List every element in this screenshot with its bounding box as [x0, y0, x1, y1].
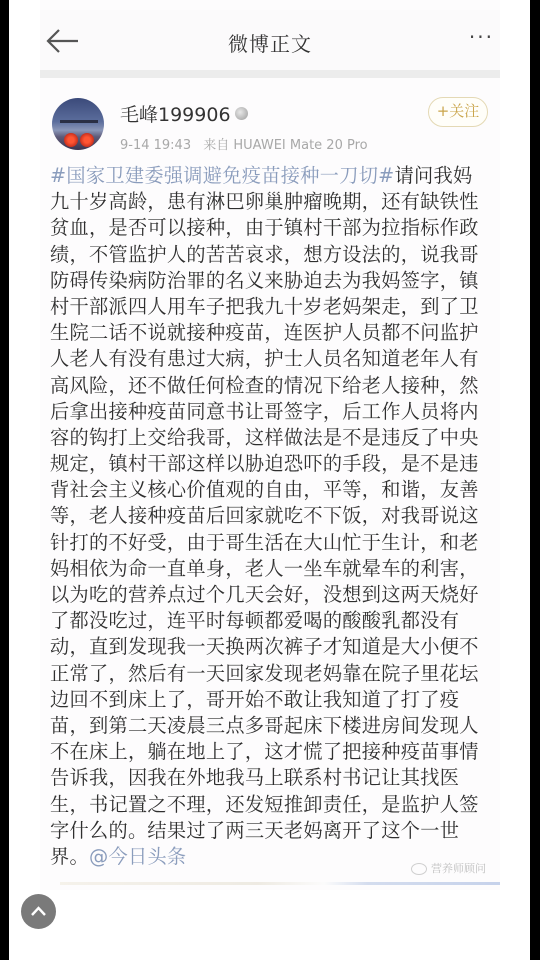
top-navigation-bar: 微博正文 ··· [40, 10, 500, 70]
post-line: 了都没吃过，连平时每顿都爱喝的酸酸乳都没有 [50, 608, 496, 634]
post-line: 防碍传染病防治罪的名义来胁迫去为我妈签字，镇 [50, 268, 496, 294]
page-title: 微博正文 [40, 28, 500, 57]
wechat-icon [411, 863, 427, 875]
watermark: 营养师顾问 [411, 860, 486, 876]
post-line: 告诉我，因我在外地我马上联系村书记让其找医 [50, 765, 496, 791]
post-line: 以为吃的营养点过个几天会好，没想到这两天烧好 [50, 582, 496, 608]
post-line: 人老人有没有患过大病，护士人员名知道老年人有 [50, 346, 496, 372]
post-line: 正常了，然后有一天回家发现老妈靠在院子里花坛 [50, 661, 496, 687]
post-text: 请问我妈 [395, 164, 473, 187]
post-content: #国家卫建委强调避免疫苗接种一刀切#请问我妈 九十岁高龄，患有淋巴卵巢肿瘤晚期，… [50, 163, 496, 870]
post-time: 9-14 19:43 [120, 138, 191, 153]
author-name[interactable]: 毛峰199906 [120, 104, 231, 126]
more-horizontal-icon: ··· [469, 25, 494, 49]
post-line: 字什么的。结果过了两三天老妈离开了这个一世 [50, 818, 496, 844]
chevron-up-icon [30, 904, 47, 918]
post-line: 贫血，是否可以接种，由于镇村干部为拉指标作政 [50, 215, 496, 241]
mention-link[interactable]: @今日头条 [89, 845, 186, 868]
section-divider [40, 70, 500, 78]
more-options-button[interactable]: ··· [460, 32, 494, 52]
weibo-post-screenshot: 微博正文 ··· 毛峰199906 9-14 19:43 来自 HUAWEI M… [40, 0, 500, 890]
viewport: 微博正文 ··· 毛峰199906 9-14 19:43 来自 HUAWEI M… [9, 0, 530, 960]
post-line: 背社会主义核心价值观的自由，平等，和谐，友善 [50, 477, 496, 503]
author-name-row: 毛峰199906 [120, 100, 248, 127]
post-line: 妈相依为命一直单身，老人一坐车就晕车的利害， [50, 556, 496, 582]
post-text: 界。 [50, 845, 89, 868]
post-line: 生，书记置之不理，还发短推卸责任，是监护人签 [50, 792, 496, 818]
avatar-flower-shape [64, 133, 78, 147]
post-line: 边回不到床上了，哥开始不敢让我知道了打了疫 [50, 687, 496, 713]
post-source: 来自 HUAWEI Mate 20 Pro [203, 138, 367, 153]
post-line: #国家卫建委强调避免疫苗接种一刀切#请问我妈 [50, 163, 496, 189]
post-line: 针打的不好受，由于哥生活在大山忙于生计，和老 [50, 530, 496, 556]
post-line: 规定，镇村干部这样以胁迫恐吓的手段，是不是违 [50, 451, 496, 477]
scroll-to-top-button[interactable] [21, 894, 56, 929]
post-line: 高风险，还不做任何检查的情况下给老人接种，然 [50, 373, 496, 399]
post-line: 不在床上，躺在地上了，这才慌了把接种疫苗事情 [50, 739, 496, 765]
post-line: 村干部派四人用车子把我九十岁老妈架走，到了卫 [50, 294, 496, 320]
post-line: 生院二话不说就接种疫苗，连医护人员都不问监护 [50, 320, 496, 346]
post-meta: 9-14 19:43 来自 HUAWEI Mate 20 Pro [120, 134, 376, 153]
watermark-text: 营养师顾问 [431, 862, 486, 875]
avatar[interactable] [52, 98, 104, 150]
post-line: 容的钩打上交给我哥，这样做法是不是违反了中央 [50, 425, 496, 451]
avatar-flower-shape [80, 133, 94, 147]
post-line: 等，老人接种疫苗后回家就吃不下饭，对我哥说这 [50, 503, 496, 529]
avatar-pier-shape [60, 120, 98, 123]
cropped-content-strip [60, 882, 500, 885]
post-line: 苗，到第二天凌晨三点多哥起床下楼进房间发现人 [50, 713, 496, 739]
topic-hashtag-link[interactable]: #国家卫建委强调避免疫苗接种一刀切# [50, 164, 395, 187]
vip-badge-icon [235, 107, 248, 120]
post-line: 九十岁高龄，患有淋巴卵巢肿瘤晚期，还有缺铁性 [50, 189, 496, 215]
post-line: 后拿出接种疫苗同意书让哥签字，后工作人员将内 [50, 399, 496, 425]
post-line: 动，直到发现我一天换两次裤子才知道是大小便不 [50, 634, 496, 660]
follow-button[interactable]: +关注 [428, 97, 488, 127]
post-line: 绩，不管监护人的苦苦哀求，想方设法的，说我哥 [50, 242, 496, 268]
